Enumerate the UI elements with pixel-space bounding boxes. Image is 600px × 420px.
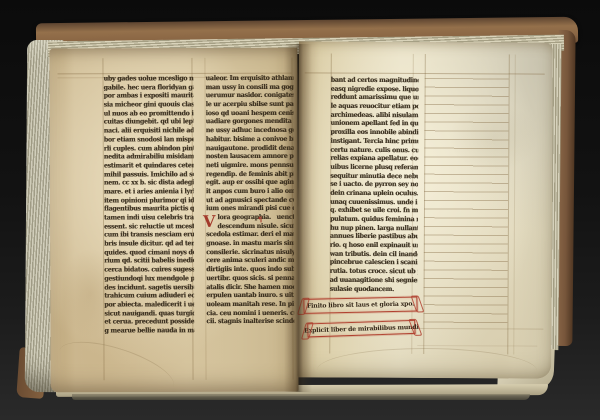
manuscript-text-line: estimarit et quindares cetera bbox=[104, 162, 194, 171]
manuscript-text-line: tamen indi uisu celebris trama bbox=[104, 214, 194, 223]
manuscript-text-line: ualeor. Im erquisito athlanne bbox=[205, 75, 293, 84]
manuscript-text-line: habitur. bisime a conivoe bibo bbox=[206, 135, 294, 144]
manuscript-text-line: ad uuanagitione shi segniere as bbox=[330, 276, 418, 286]
left-page-column-2: ualeor. Im erquisito athlanneman ussy in… bbox=[205, 75, 294, 329]
parchment-stain bbox=[448, 102, 538, 172]
capitulum-mark: ¶ bbox=[258, 215, 263, 224]
manuscript-text-line: sulasie quodancem. bbox=[330, 285, 418, 295]
right-page-column-1: bant ad certos magnitudinemeasq nigredie… bbox=[330, 77, 419, 295]
manuscript-text-line: uoleam manitah rese. In pini bbox=[206, 300, 294, 309]
manuscript-text-line: uibus licerne plusq referam bbox=[330, 163, 418, 173]
manuscript-text-line: lora geographia. uenctis bbox=[206, 214, 294, 223]
manuscript-text-line: instigant. Tercia hinc primur bbox=[330, 137, 418, 147]
left-page: uby gades uolue mcesligo naugabile. hec … bbox=[49, 48, 298, 393]
parchment-crease bbox=[53, 331, 180, 393]
colophon-rubric-text-1: Finito libro sit laus et gloria xpo. bbox=[307, 301, 414, 310]
ruling-line-horizontal bbox=[417, 345, 537, 347]
colophon-rubric-banner-2: Explicit liber de mirabilibus mundi bbox=[307, 320, 415, 338]
colophon-rubric-banner-1: Finito libro sit laus et gloria xpo. bbox=[303, 296, 417, 313]
manuscript-text-line: uby gades uolue mcesligo nau bbox=[103, 75, 193, 84]
manuscript-photograph: uby gades uolue mcesligo naugabile. hec … bbox=[0, 0, 600, 420]
parchment-stain bbox=[60, 248, 120, 338]
manuscript-text-line: g mearue bellie nauda in mari bbox=[104, 327, 194, 336]
manuscript-text-line: uertibr. quos sicis. si pennas bbox=[206, 274, 294, 283]
manuscript-text-line: it anpos cum buro i alio omgie bbox=[206, 188, 294, 197]
manuscript-text-line: neti uigmire. mons pennsuole bbox=[206, 161, 294, 170]
colophon-rubric-text-2: Explicit liber de mirabilibus mundi bbox=[304, 323, 419, 334]
underlying-pages-bottom-shadow bbox=[72, 394, 530, 400]
parchment-crease bbox=[317, 347, 537, 378]
manuscript-text-line: mare. et i aries anienia i lyrb. bbox=[104, 188, 194, 197]
rubricated-initial: V bbox=[203, 214, 215, 230]
right-page: bant ad certos magnitudinemeasq nigredie… bbox=[297, 41, 553, 378]
ruling-line-vertical bbox=[513, 54, 516, 354]
manuscript-text-line: bor etiam snodosi lan misperie bbox=[104, 136, 194, 145]
manuscript-text-line: cii. stagnis inalterise scindelse bbox=[206, 318, 294, 327]
